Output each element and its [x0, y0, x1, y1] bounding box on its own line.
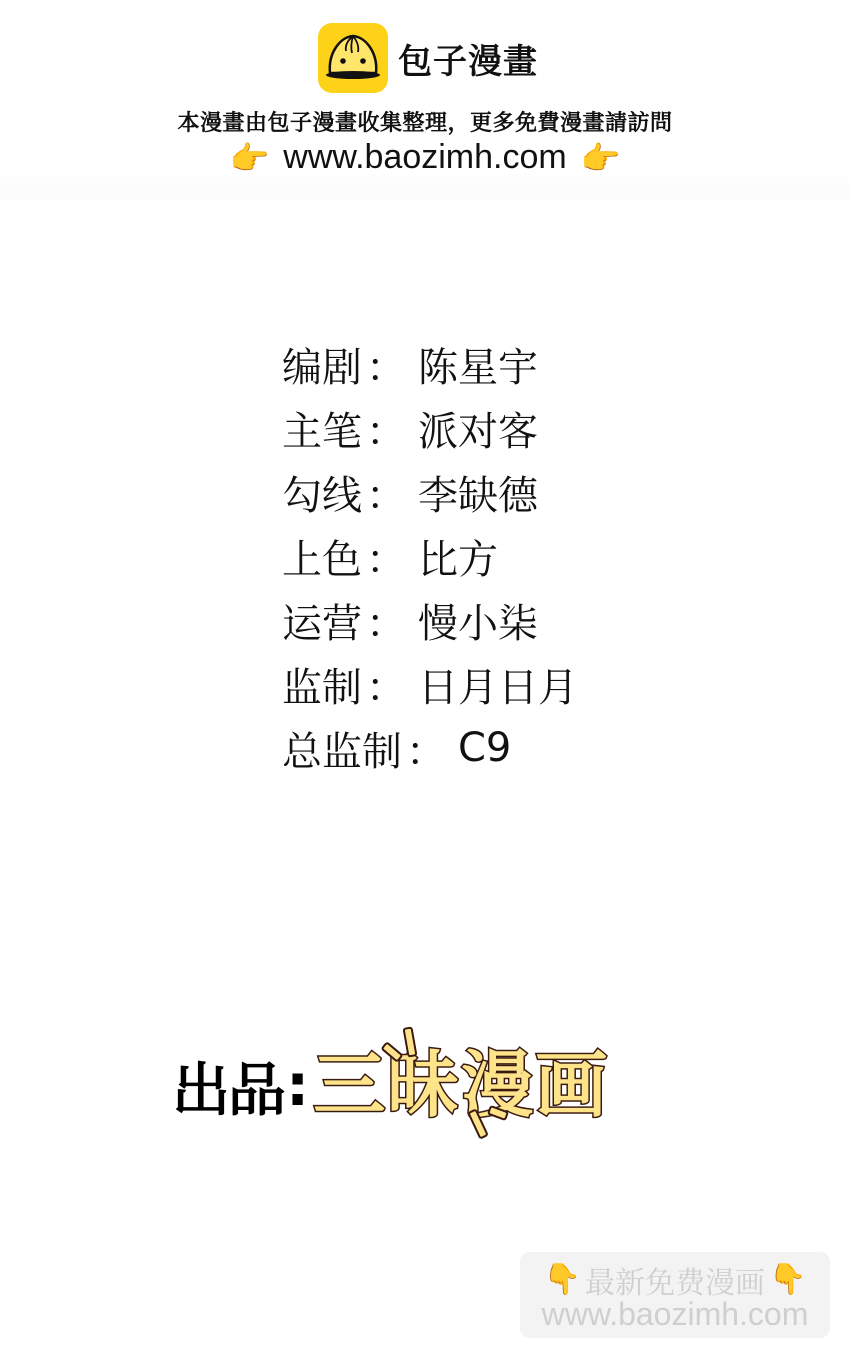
pointing-down-hand-icon: 👇 [769, 1265, 806, 1295]
credit-row: 上色：比方 [282, 524, 578, 588]
credit-role: 监制 [282, 656, 362, 713]
studio-name: 三昧漫画 [313, 1043, 609, 1127]
credit-separator: ： [362, 656, 418, 713]
credit-separator: ： [362, 336, 418, 393]
site-header: 包子漫畫 本漫畫由包子漫畫收集整理，更多免費漫畫請訪問 👉 www.baozim… [0, 0, 850, 200]
credit-row: 监制：日月日月 [282, 652, 578, 716]
credit-row: 运营：慢小柒 [282, 588, 578, 652]
pointing-down-hand-icon: 👇 [544, 1265, 581, 1295]
credit-name: 慢小柒 [418, 592, 538, 649]
pointing-right-hand-icon: 👉 [581, 142, 621, 174]
producer-line: 出品 : 三昧漫画 [172, 1020, 609, 1150]
credit-role: 运营 [282, 592, 362, 649]
credit-role: 总监制 [282, 720, 402, 777]
credit-row: 总监制：C9 [282, 716, 578, 780]
credit-role: 上色 [282, 528, 362, 585]
brand-name: 包子漫畫 [398, 34, 538, 83]
credit-separator: ： [362, 400, 418, 457]
credit-name: 日月日月 [418, 656, 578, 713]
producer-label: 出品 [172, 1043, 284, 1127]
site-url-link[interactable]: www.baozimh.com [283, 138, 566, 177]
credit-row: 编剧：陈星宇 [282, 332, 578, 396]
brand[interactable]: 包子漫畫 [318, 23, 538, 93]
credit-separator: ： [362, 464, 418, 521]
credit-name: 陈星宇 [418, 336, 538, 393]
notice-text: 本漫畫由包子漫畫收集整理，更多免費漫畫請訪問 [0, 106, 850, 137]
producer-colon: : [286, 1051, 309, 1119]
credit-name: 比方 [418, 528, 498, 585]
url-line[interactable]: 👉 www.baozimh.com 👉 [0, 138, 850, 177]
credit-row: 勾线：李缺德 [282, 460, 578, 524]
studio-logo: 三昧漫画 [313, 1049, 609, 1121]
credit-separator: ： [362, 528, 418, 585]
steamed-bun-icon [318, 23, 388, 93]
credit-role: 勾线 [282, 464, 362, 521]
credit-name: C9 [458, 725, 511, 771]
pointing-right-hand-icon: 👉 [229, 142, 269, 174]
credit-name: 李缺德 [418, 464, 538, 521]
credit-separator: ： [402, 720, 458, 777]
credit-row: 主笔：派对客 [282, 396, 578, 460]
watermark-url[interactable]: www.baozimh.com [520, 1296, 830, 1333]
watermark-badge[interactable]: 👇 最新免费漫画 👇 www.baozimh.com [520, 1252, 830, 1338]
credit-role: 主笔 [282, 400, 362, 457]
credit-separator: ： [362, 592, 418, 649]
credits-list: 编剧：陈星宇 主笔：派对客 勾线：李缺德 上色：比方 运营：慢小柒 监制：日月日… [282, 332, 578, 780]
credit-role: 编剧 [282, 336, 362, 393]
credit-name: 派对客 [418, 400, 538, 457]
